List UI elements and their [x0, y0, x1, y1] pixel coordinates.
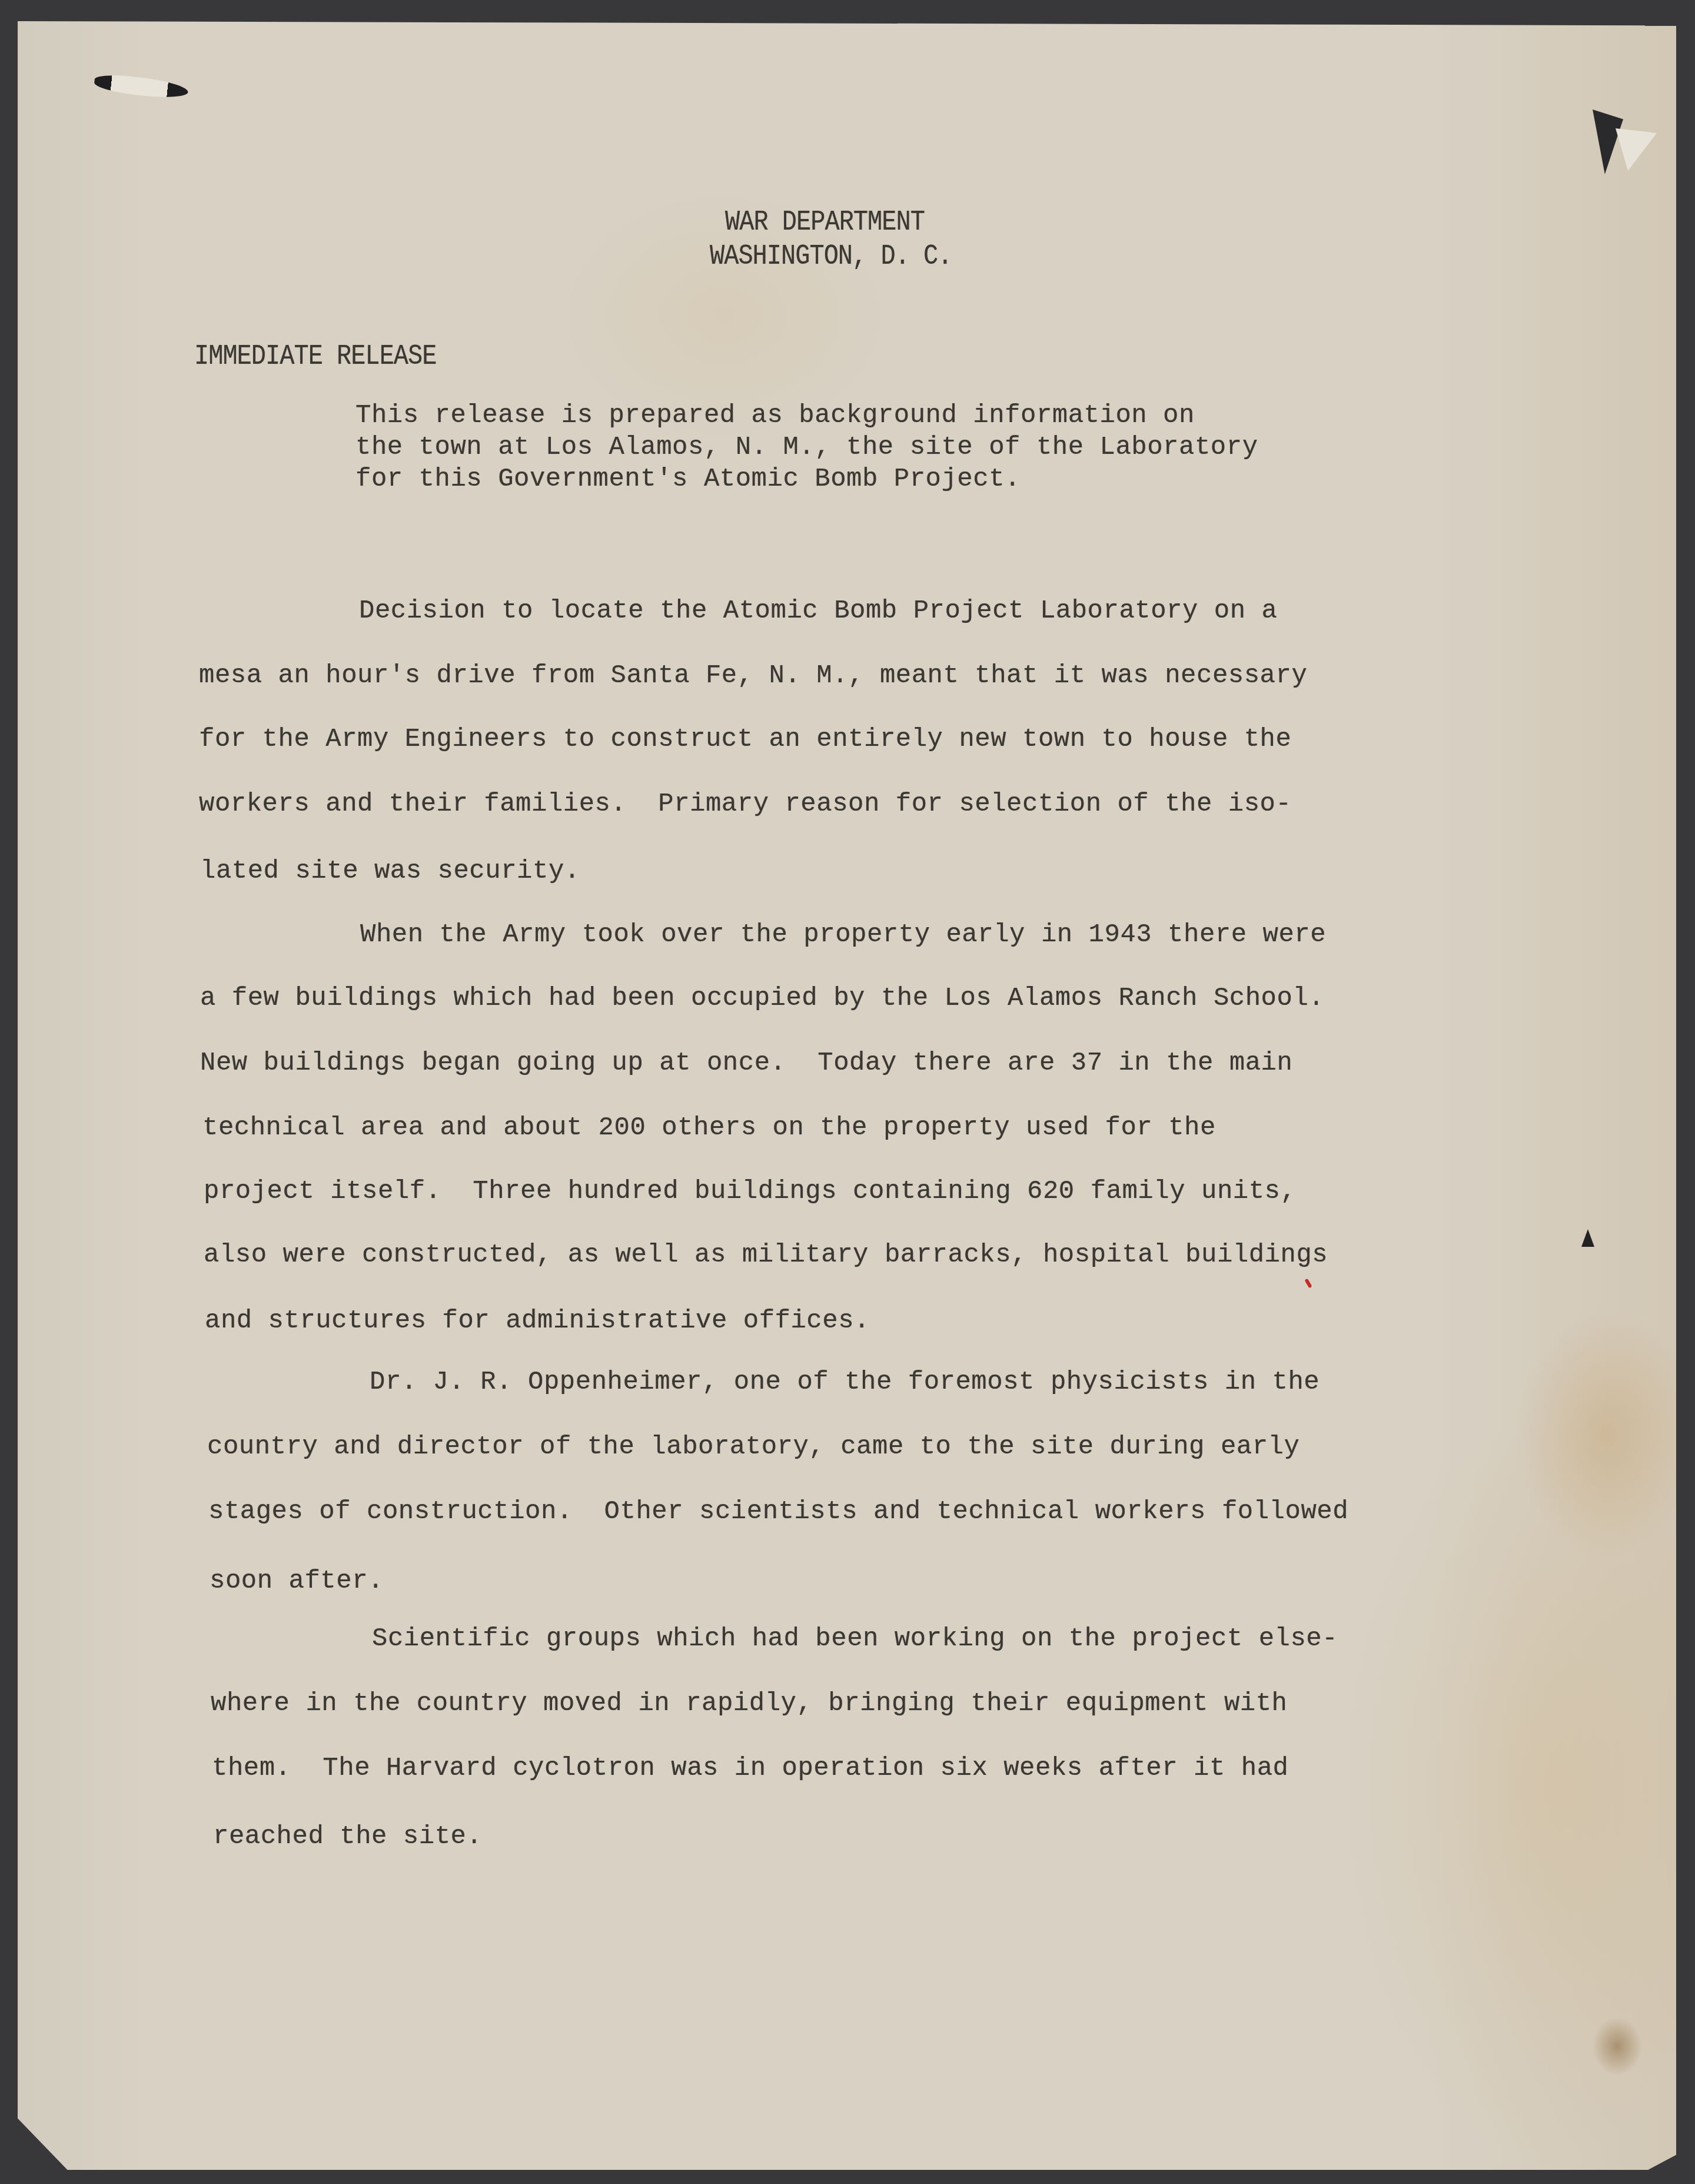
body-line: Decision to locate the Atomic Bomb Proje…: [359, 598, 1277, 624]
body-line: workers and their families. Primary reas…: [199, 791, 1291, 817]
intro-line: the town at Los Alamos, N. M., the site …: [355, 434, 1258, 460]
body-line: also were constructed, as well as milita…: [204, 1242, 1328, 1268]
header-war-department: WAR DEPARTMENT: [725, 208, 925, 236]
release-type: IMMEDIATE RELEASE: [194, 342, 436, 370]
body-line: Dr. J. R. Oppenheimer, one of the foremo…: [370, 1369, 1320, 1395]
body-line: them. The Harvard cyclotron was in opera…: [212, 1755, 1289, 1781]
typewritten-document: WAR DEPARTMENT WASHINGTON, D. C. IMMEDIA…: [0, 0, 1695, 2184]
body-line: for the Army Engineers to construct an e…: [199, 726, 1291, 752]
body-line: technical area and about 200 others on t…: [202, 1115, 1216, 1141]
header-washington-dc: WASHINGTON, D. C.: [710, 242, 952, 270]
body-line: and structures for administrative office…: [205, 1308, 870, 1334]
body-line: soon after.: [210, 1568, 384, 1594]
body-line: a few buildings which had been occupied …: [200, 985, 1324, 1011]
intro-line: This release is prepared as background i…: [355, 403, 1195, 429]
body-line: Scientific groups which had been working…: [372, 1626, 1338, 1652]
body-line: mesa an hour's drive from Santa Fe, N. M…: [199, 663, 1307, 689]
body-line: project itself. Three hundred buildings …: [204, 1179, 1296, 1204]
body-line: where in the country moved in rapidly, b…: [211, 1691, 1288, 1717]
body-line: stages of construction. Other scientists…: [208, 1499, 1348, 1525]
intro-line: for this Government's Atomic Bomb Projec…: [355, 466, 1021, 492]
body-line: When the Army took over the property ear…: [360, 922, 1326, 948]
body-line: lated site was security.: [200, 858, 580, 884]
body-line: reached the site.: [213, 1824, 482, 1850]
body-line: country and director of the laboratory, …: [207, 1434, 1299, 1460]
body-line: New buildings began going up at once. To…: [200, 1050, 1292, 1076]
